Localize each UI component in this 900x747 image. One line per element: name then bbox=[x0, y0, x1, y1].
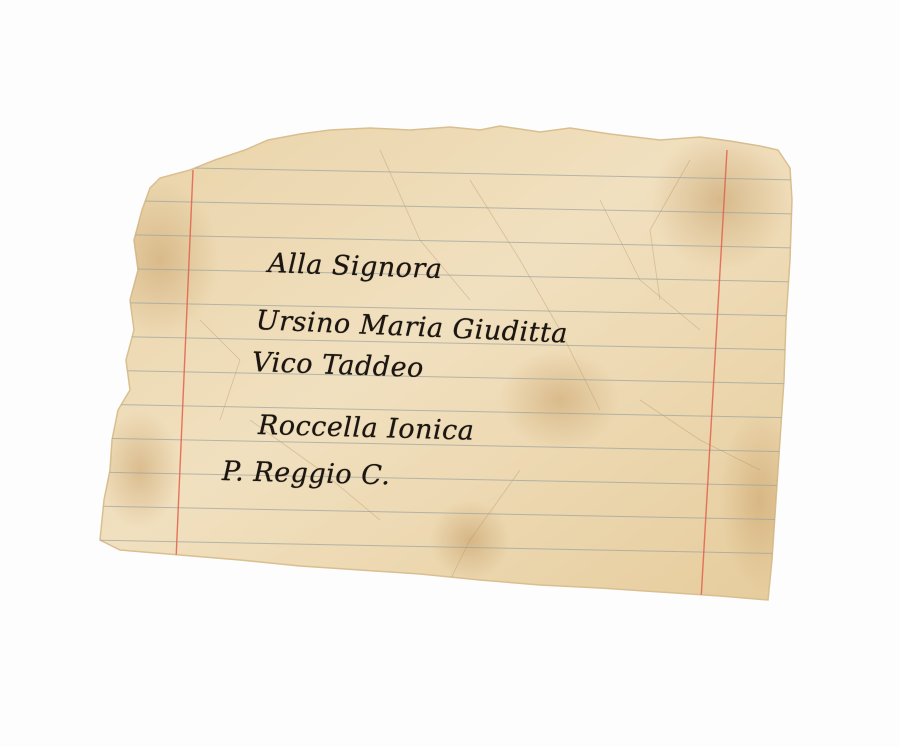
address-line-province: P. Reggio C. bbox=[222, 456, 391, 491]
aged-paper-scrap bbox=[0, 0, 900, 747]
address-line-street: Vico Taddeo bbox=[251, 347, 424, 384]
address-line-town: Roccella Ionica bbox=[258, 410, 475, 447]
document-canvas: Alla Signora Ursino Maria Giuditta Vico … bbox=[0, 0, 900, 747]
address-line-salutation: Alla Signora bbox=[267, 248, 442, 285]
